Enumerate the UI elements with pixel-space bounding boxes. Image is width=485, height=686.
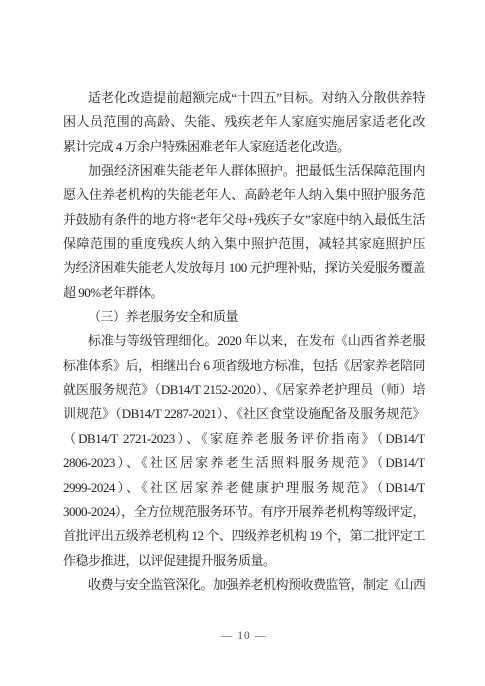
text-line: （三）养老服务安全和质量 [63,305,425,329]
text-line: 保障范围的重度残疾人纳入集中照护范围，减轻其家庭照护压力。 [63,232,425,256]
text-line: 困人员范围的高龄、失能、残疾老年人家庭实施居家适老化改造， [63,110,425,134]
text-line: 为经济困难失能老人发放每月 100 元护理补贴，探访关爱服务覆盖 [63,256,425,280]
text-block: 适老化改造提前超额完成“十四五”目标。对纳入分散供养特困人员范围的高龄、失能、残… [63,86,425,597]
text-line: 2806-2023）、《社区居家养老生活照料服务规范》（DB14/T [63,451,425,475]
text-line: 愿入住养老机构的失能老年人、高龄老年人纳入集中照护服务范围， [63,183,425,207]
text-line: （DB14/T 2721-2023）、《家庭养老服务评价指南》（DB14/T [63,427,425,451]
text-line: 训规范》（DB14/T 2287-2021）、《社区食堂设施配备及服务规范》 [63,402,425,426]
text-line: 作稳步推进，以评促建提升服务质量。 [63,549,425,573]
text-line: 首批评出五级养老机构 12 个、四级养老机构 19 个，第二批评定工 [63,524,425,548]
text-line: 就医服务规范》（DB14/T 2152-2020）、《居家养老护理员（师）培 [63,378,425,402]
document-page: 适老化改造提前超额完成“十四五”目标。对纳入分散供养特困人员范围的高龄、失能、残… [0,0,485,686]
text-line: 超 90%老年群体。 [63,281,425,305]
text-line: 2999-2024）、《社区居家养老健康护理服务规范》（DB14/T [63,476,425,500]
text-line: 标准与等级管理细化。2020 年以来，在发布《山西省养老服务 [63,329,425,353]
text-line: 3000-2024），全方位规范服务环节。有序开展养老机构等级评定， [63,500,425,524]
text-line: 并鼓励有条件的地方将“老年父母+残疾子女”家庭中纳入最低生活 [63,208,425,232]
text-line: 标准体系》后，相继出台 6 项省级地方标准，包括《居家养老陪同 [63,354,425,378]
text-line: 收费与安全监管深化。加强养老机构预收费监管，制定《山西 [63,573,425,597]
text-line: 累计完成 4 万余户特殊困难老年人家庭适老化改造。 [63,135,425,159]
page-number: — 10 — [63,630,425,642]
text-line: 加强经济困难失能老年人群体照护。把最低生活保障范围内自 [63,159,425,183]
text-line: 适老化改造提前超额完成“十四五”目标。对纳入分散供养特 [63,86,425,110]
